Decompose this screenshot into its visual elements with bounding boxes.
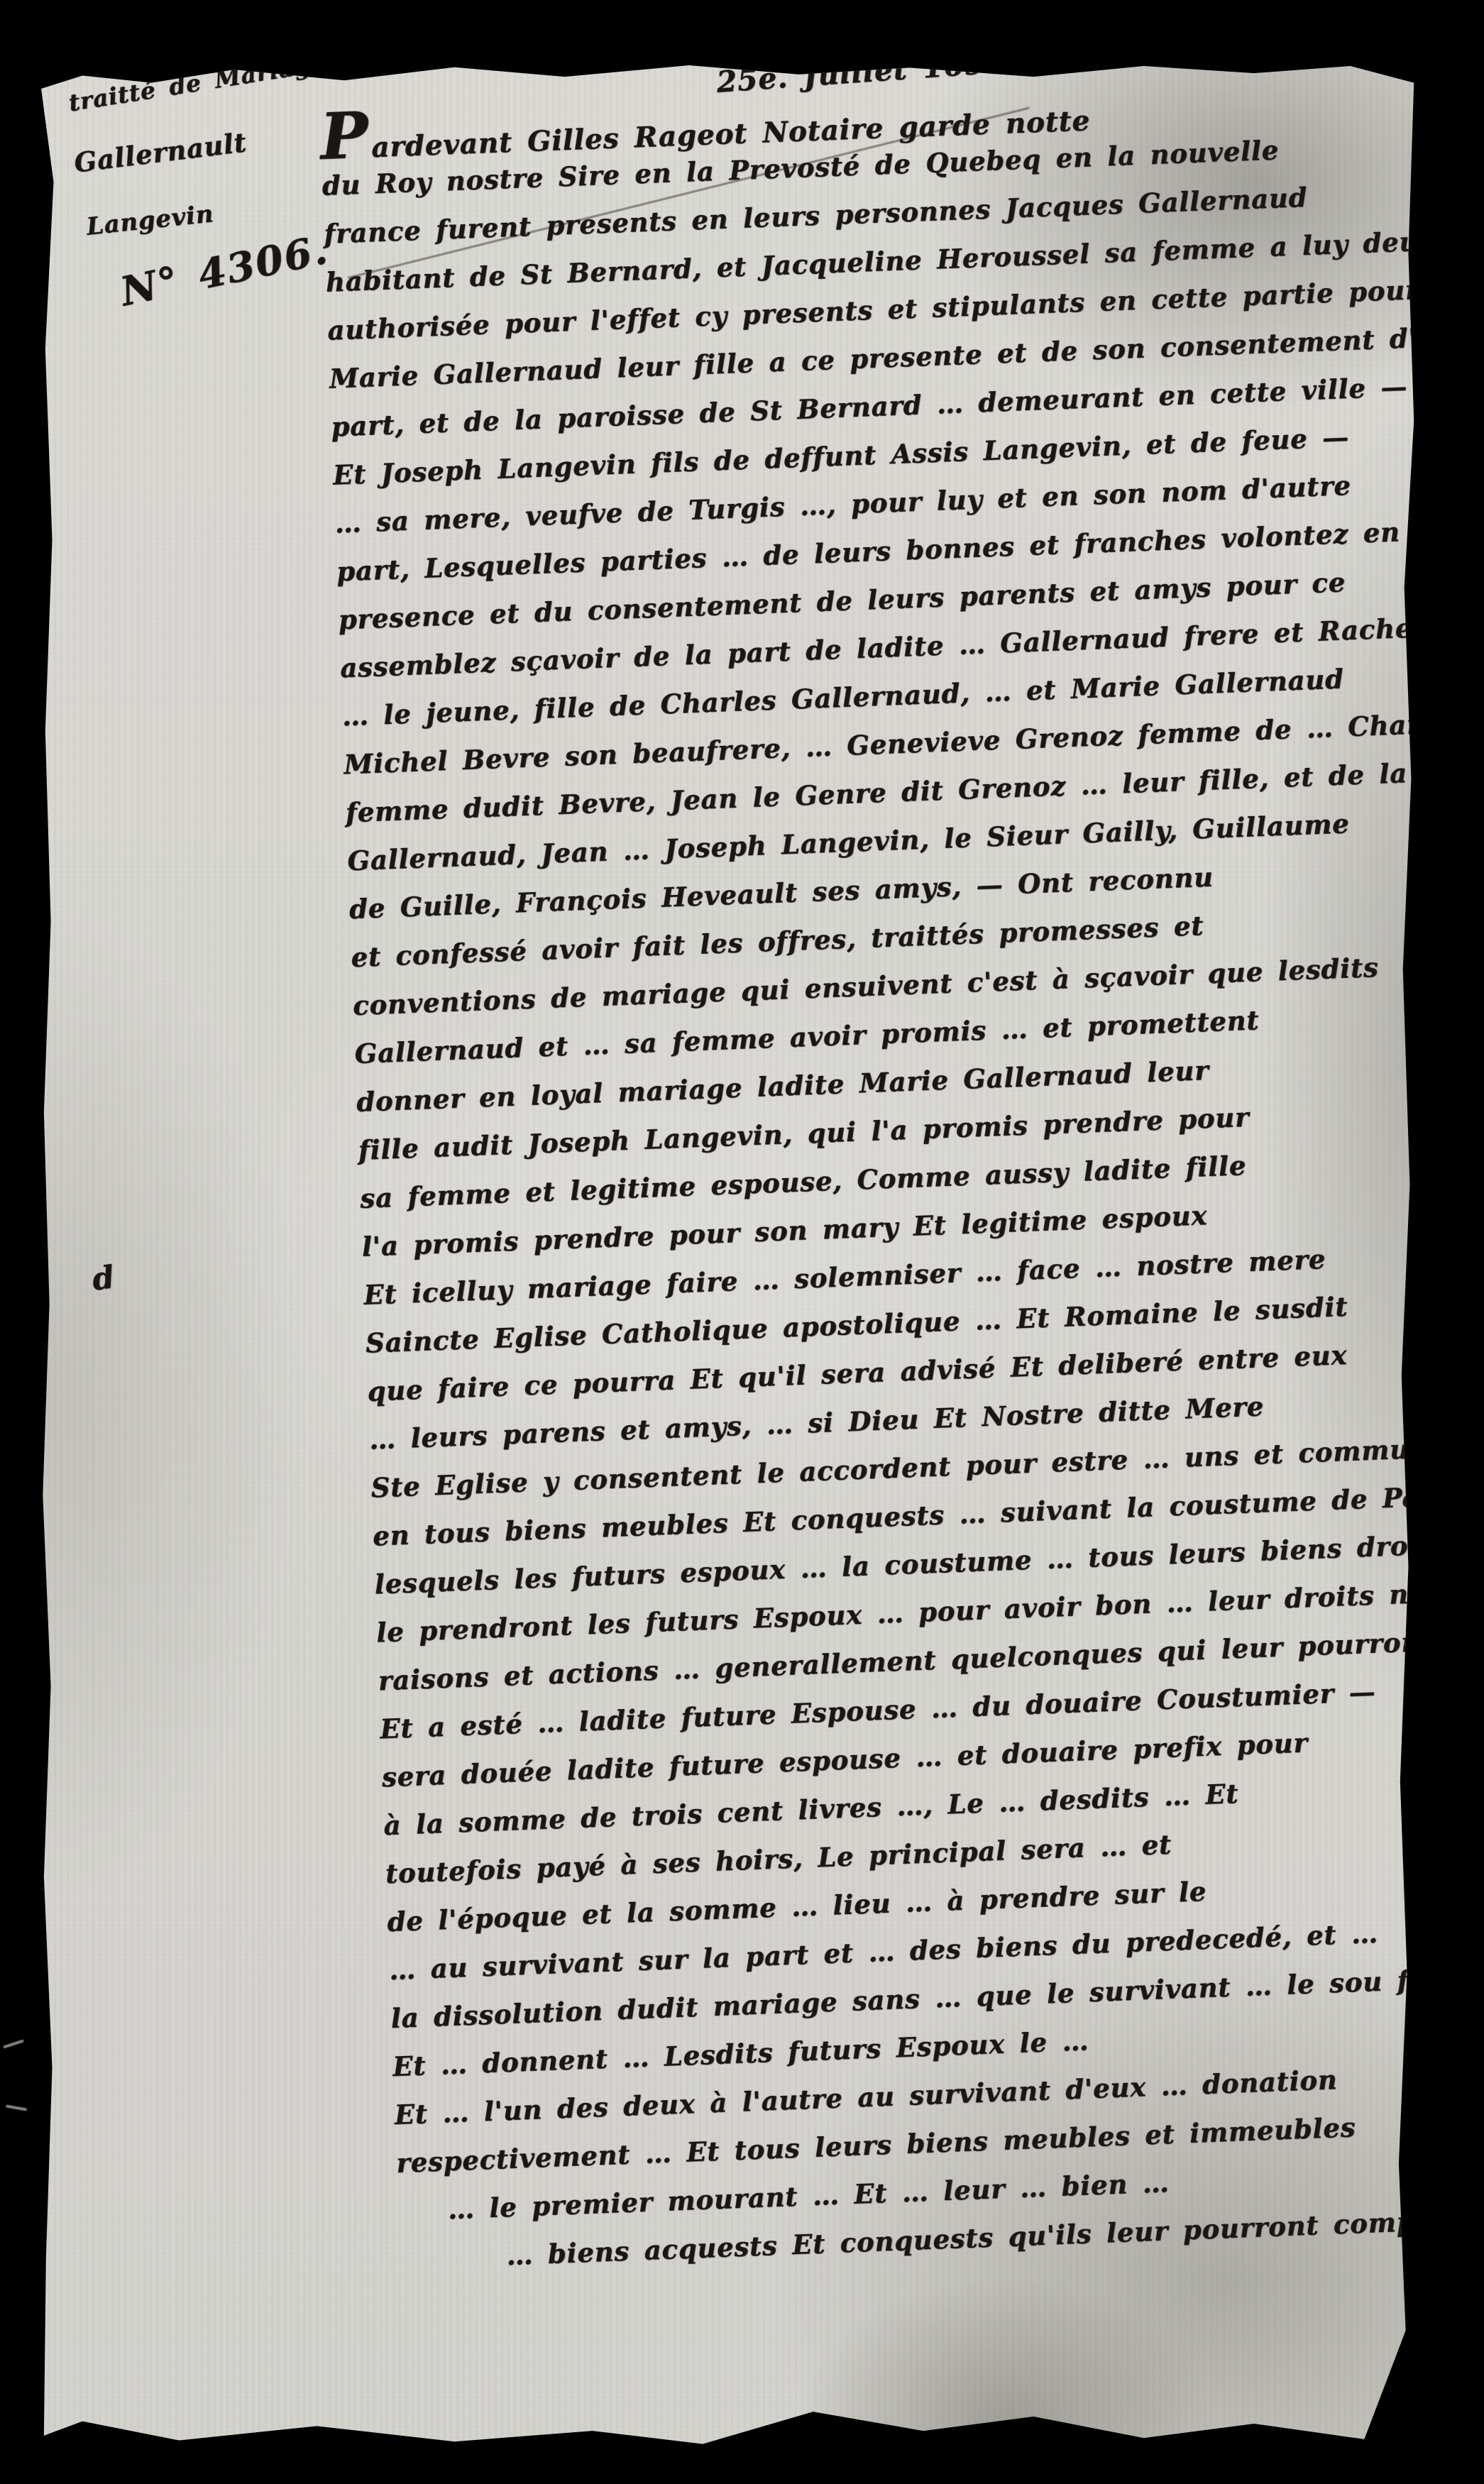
scanned-document-background: traitté de Mariage Gallernault Langevin … — [0, 0, 1484, 2484]
registry-number: N° 4306. — [116, 226, 332, 315]
manuscript-body: Pardevant Gilles Rageot Notaire garde no… — [319, 72, 1484, 2284]
margin-note-surname-bride: Gallernault — [72, 126, 248, 178]
facing-page-edge-mark — [6, 2104, 27, 2111]
margin-letter-d: d — [90, 1259, 117, 1298]
margin-note-title: traitté de Mariage — [67, 49, 328, 117]
margin-note-surname-groom: Langevin — [85, 199, 215, 241]
facing-page-edge-mark — [3, 2039, 24, 2048]
manuscript-page: traitté de Mariage Gallernault Langevin … — [41, 62, 1419, 2450]
